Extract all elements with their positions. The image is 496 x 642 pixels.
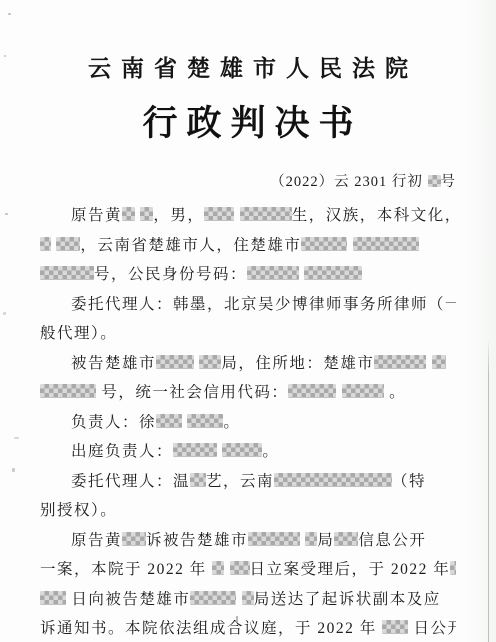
scan-speck: [12, 468, 15, 472]
text-segment: 生，汉族，本科文化，: [292, 207, 456, 224]
text-segment: 日公开: [408, 620, 456, 637]
redaction-block: [40, 237, 51, 251]
scan-speck: [8, 13, 11, 15]
text-segment: 原告黄: [71, 207, 122, 224]
redaction-block: [156, 355, 194, 369]
redaction-block: [247, 266, 299, 280]
text-segment: （特: [392, 473, 426, 490]
scan-speck: [5, 213, 8, 215]
text-segment: 委托代理人：韩墨，北京吴少博律师事务所律师（一: [71, 296, 456, 313]
body-lines: 原告黄 ，男， 生，汉族，本科文化， ，云南省楚雄市人，住楚雄市 号，公民身份号…: [0, 201, 496, 642]
redaction-block: [305, 532, 317, 546]
text-segment: 号: [441, 174, 457, 190]
redaction-block: [187, 414, 223, 428]
redaction-block: [222, 443, 262, 457]
text-line: 被告楚雄市 局，住所地：楚雄市: [40, 349, 456, 379]
text-line: 原告黄诉被告楚雄市 局信息公开: [40, 526, 456, 556]
redaction-block: [274, 473, 392, 487]
text-line: 般代理）。: [40, 319, 456, 349]
text-line: ，云南省楚雄市人，住楚雄市: [40, 231, 456, 261]
case-number: （2022）云 2301 行初 号: [0, 170, 496, 191]
text-line: 出庭负责人： 。: [40, 437, 456, 467]
text-segment: 别授权）。: [40, 502, 117, 519]
redaction-block: [156, 414, 182, 428]
text-line: 别授权）。: [40, 496, 456, 526]
text-line: 诉通知书。本院依法组成合议庭，于 2022 年 日公开: [40, 614, 456, 642]
redaction-block: [288, 384, 336, 398]
redaction-block: [248, 532, 300, 546]
text-line: 日向被告楚雄市 局送达了起诉状副本及应: [40, 585, 456, 615]
scan-speck: [4, 55, 6, 57]
court-name-heading: 云南省楚雄市人民法院: [0, 0, 496, 83]
text-segment: 局，住所地：楚雄市: [221, 355, 374, 372]
redaction-block: [56, 237, 80, 251]
text-segment: 诉被告楚雄市: [146, 532, 248, 549]
text-segment: 号，公民身份号码：: [94, 266, 247, 283]
redaction-block: [199, 355, 221, 369]
text-line: 一案，本院于 2022 年 日立案受理后，于 2022 年: [40, 555, 456, 585]
text-segment: 局: [317, 532, 334, 549]
text-line: 负责人：徐 。: [40, 408, 456, 438]
text-segment: 被告楚雄市: [71, 355, 156, 372]
scan-page-edge-line: [488, 338, 490, 642]
text-segment: 。: [223, 414, 240, 431]
redaction-block: [301, 237, 347, 251]
redaction-block: [40, 266, 94, 280]
text-segment: [236, 591, 241, 608]
text-segment: 般代理）。: [40, 325, 117, 342]
text-segment: 负责人：徐: [71, 414, 156, 431]
text-segment: [426, 355, 431, 372]
redaction-block: [382, 620, 408, 634]
text-segment: 原告黄: [71, 532, 122, 549]
redaction-block: [190, 473, 206, 487]
redaction-block: [432, 355, 446, 369]
redaction-block: [204, 207, 234, 221]
scan-speck: [14, 437, 19, 439]
redaction-block: [242, 591, 254, 605]
text-segment: 。: [262, 443, 279, 460]
text-line: 委托代理人：温艺，云南（特: [40, 467, 456, 497]
redaction-block: [122, 207, 135, 221]
text-segment: 出庭负责人：: [71, 443, 173, 460]
redaction-block: [140, 207, 153, 221]
text-segment: [347, 237, 352, 254]
text-segment: （2022）云 2301 行初: [270, 174, 427, 190]
text-segment: 诉通知书。本院依法组成合议庭，于 2022 年: [40, 620, 382, 637]
scan-speck: [3, 312, 6, 315]
text-segment: 。: [384, 384, 406, 401]
redaction-block: [353, 237, 419, 251]
scanned-document-page: 云南省楚雄市人民法院 行政判决书 （2022）云 2301 行初 号 原告黄 ，…: [0, 0, 496, 642]
text-segment: 一案，本院于 2022 年: [40, 561, 212, 578]
text-segment: 局送达了起诉状副本及应: [254, 591, 441, 608]
text-line: 原告黄 ，男， 生，汉族，本科文化，: [40, 201, 456, 231]
redaction-block: [304, 266, 362, 280]
redaction-block: [40, 384, 96, 398]
redaction-block: [374, 355, 426, 369]
text-segment: [224, 561, 229, 578]
redaction-block: [190, 591, 236, 605]
text-line: 号，统一社会信用代码： 。: [40, 378, 456, 408]
text-line: 号，公民身份号码：: [40, 260, 456, 290]
redaction-block: [240, 207, 292, 221]
text-segment: 日立案受理后，于 2022 年: [250, 561, 451, 578]
redaction-block: [212, 561, 224, 575]
redaction-block: [450, 561, 456, 575]
redaction-block: [173, 443, 217, 457]
text-segment: 号，统一社会信用代码：: [96, 384, 288, 401]
redaction-block: [40, 591, 66, 605]
text-line: 委托代理人：韩墨，北京吴少博律师事务所律师（一: [40, 290, 456, 320]
text-segment: 信息公开: [358, 532, 426, 549]
text-segment: 委托代理人：温: [71, 473, 190, 490]
redaction-block: [122, 532, 146, 546]
redaction-block: [342, 384, 384, 398]
text-segment: ，云南省楚雄市人，住楚雄市: [80, 237, 301, 254]
redaction-block: [230, 561, 250, 575]
text-segment: [336, 384, 341, 401]
text-segment: ，男，: [153, 207, 204, 224]
document-title: 行政判决书: [0, 96, 496, 146]
text-segment: 日向被告楚雄市: [66, 591, 190, 608]
scan-tick-mark: [236, 616, 238, 623]
redaction-block: [334, 532, 358, 546]
text-segment: 艺，云南: [206, 473, 274, 490]
redaction-block: [428, 175, 441, 187]
text-segment: [234, 207, 239, 224]
